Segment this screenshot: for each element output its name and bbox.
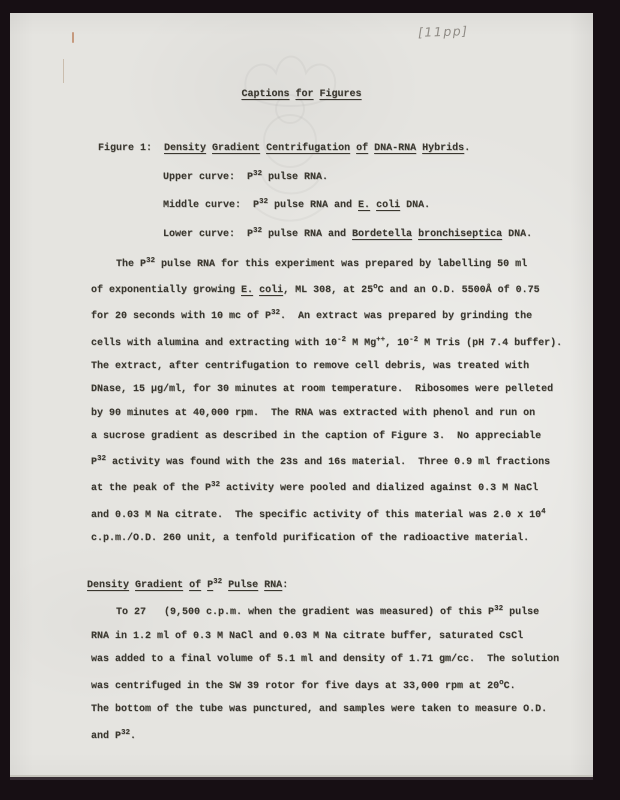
text-line: To 27 (9,500 c.p.m. when the gradient wa… xyxy=(91,598,579,625)
text-line: a sucrose gradient as described in the c… xyxy=(91,425,579,448)
scanned-document-page: [11pp] Captions for FiguresFigure 1: Den… xyxy=(10,13,593,777)
text-line: of exponentially growing E. coli, ML 308… xyxy=(91,276,579,302)
text-line: DNase, 15 µg/ml, for 30 minutes at room … xyxy=(91,378,579,401)
text-line: cells with alumina and extracting with 1… xyxy=(91,329,579,355)
text-line: and P32. xyxy=(91,722,579,749)
text-line: for 20 seconds with 10 mc of P32. An ext… xyxy=(91,302,579,328)
paragraph-1: The P32 pulse RNA for this experiment wa… xyxy=(91,250,579,551)
text-line: RNA in 1.2 ml of 0.3 M NaCl and 0.03 M N… xyxy=(91,625,579,649)
text-line: was added to a final volume of 5.1 ml an… xyxy=(91,648,579,672)
text-line: The extract, after centrifugation to rem… xyxy=(91,355,579,378)
text-line: and 0.03 M Na citrate. The specific acti… xyxy=(91,501,579,527)
figure-1-caption: Figure 1: Density Gradient Centrifugatio… xyxy=(98,137,593,248)
text-line: The bottom of the tube was punctured, an… xyxy=(91,698,579,722)
paragraph-2: To 27 (9,500 c.p.m. when the gradient wa… xyxy=(91,598,579,748)
text-line: Figure 1: Density Gradient Centrifugatio… xyxy=(98,137,593,162)
text-line: P32 activity was found with the 23s and … xyxy=(91,448,579,474)
scratch-mark xyxy=(63,59,64,83)
section-heading: Density Gradient of P32 Pulse RNA: xyxy=(87,571,593,597)
text-line: c.p.m./O.D. 260 unit, a tenfold purifica… xyxy=(91,527,579,550)
page-content: Captions for FiguresFigure 1: Density Gr… xyxy=(10,83,593,748)
scanner-background: { "colors": { "paper": "#e5e4e0", "surro… xyxy=(0,0,620,800)
text-line: by 90 minutes at 40,000 rpm. The RNA was… xyxy=(91,402,579,425)
text-line: The P32 pulse RNA for this experiment wa… xyxy=(91,250,579,276)
text-line: Captions for Figures xyxy=(10,83,593,106)
text-line: Lower curve: P32 pulse RNA and Bordetell… xyxy=(163,219,593,248)
text-line: at the peak of the P32 activity were poo… xyxy=(91,474,579,500)
document-title: Captions for Figures xyxy=(10,83,593,106)
text-line: Density Gradient of P32 Pulse RNA: xyxy=(87,571,593,597)
text-line: was centrifuged in the SW 39 rotor for f… xyxy=(91,672,579,699)
text-line: Upper curve: P32 pulse RNA. xyxy=(163,162,593,191)
text-line: Middle curve: P32 pulse RNA and E. coli … xyxy=(163,190,593,219)
scratch-mark xyxy=(72,32,74,43)
pencil-page-count-annotation: [11pp] xyxy=(418,23,469,40)
